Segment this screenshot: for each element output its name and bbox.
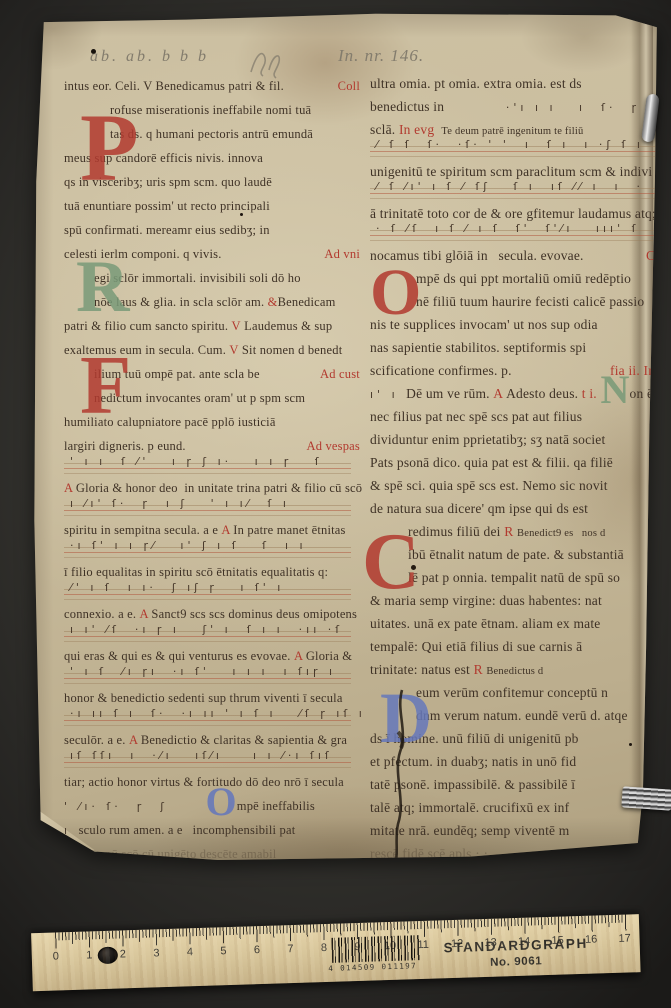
text-line: dividuntur enim pprietatibʒ; sʒ natā soc… — [370, 428, 670, 451]
illuminated-initial-P: P — [80, 100, 139, 196]
body-text: redimus filiū dei — [408, 520, 504, 543]
body-text: lē pat p onnia. tempalit natū de spū so — [408, 566, 620, 589]
body-text: Laudemus & sup — [241, 314, 333, 338]
body-text: spū confirmati. mereamr eius sedibʒ; in — [64, 218, 270, 242]
rubric-text: Ad cust — [320, 362, 360, 386]
neume-glyphs: · ſ ⁄ſ ı ſ ⁄ ı ſ ſ' ſ'⁄ı ııı' ſ ı — [376, 222, 662, 235]
barcode — [331, 935, 420, 963]
neume-glyphs: ·ı ſ' ı ı ɼ⁄ ı' ʃ ı ſ ſ ı ı — [70, 539, 307, 552]
text-line: spū confirmati. mereamr eius sedibʒ; in — [64, 218, 360, 242]
illuminated-initial-C: C — [362, 522, 420, 602]
body-text: on ē pat fil — [630, 382, 671, 405]
neume-glyphs: ' ı ı ſ ⁄' ı ɼ ʃ ı· ı ı ɼ ſ — [70, 455, 323, 468]
neume-line: · ſ ⁄ſ ı ſ ⁄ ı ſ ſ' ſ'⁄ı ııı' ſ ı — [370, 225, 670, 244]
body-text: eum verūm confitemur conceptū n — [416, 681, 608, 704]
rubric-text: t i. — [582, 382, 601, 405]
neume-line: ·ı ſ' ı ı ɼ⁄ ı' ʃ ı ſ ſ ı ı — [64, 542, 360, 560]
ruler-number: 5 — [220, 945, 226, 957]
ruler-number: 8 — [321, 942, 327, 954]
text-line: Pats psonā dico. quia pat est & filii. q… — [370, 451, 670, 474]
body-text: benedictus in — [370, 95, 444, 118]
body-text: Pats psonā dico. quia pat est & filii. q… — [370, 451, 613, 474]
text-line: & spē sci. quia spē scs est. Nemo sic no… — [370, 474, 670, 497]
neume-line: ı ı' ⁄ſ ·ı ɼ ı ʃ' ı ſ ı ı ·ıı ·ſ — [64, 626, 360, 644]
neume-glyphs: ⁄ ſ ⁄ı' ı ſ ⁄ ſʃ ſ ı ıſ ⁄⁄ ı ı · ſſ· ſ· … — [376, 180, 671, 193]
illuminated-initial-D: D — [380, 682, 432, 754]
manuscript-photo: ab. ab. b b b In. nr. 146. intus eor. Ce… — [0, 0, 671, 1008]
left-column: intus eor. Celi. V Benedicamus patri & f… — [64, 74, 360, 866]
body-text: rofuse miserationis ineffabile nomi tuā — [110, 98, 311, 122]
text-line: benedictus in·'ı ı ı ı ſ· ɼ - ı — [370, 95, 670, 118]
pencil-inscriptions: ab. ab. b b b In. nr. 146. — [88, 42, 568, 76]
metal-clip-bottom-right — [621, 786, 671, 810]
illuminated-initial-O: O — [370, 260, 421, 326]
pen-trials: ab. ab. b b b — [90, 48, 209, 66]
ruler-number: 1 — [86, 949, 92, 961]
ruler-model-number: No. 9061 — [436, 954, 596, 971]
neume-glyphs: ·ı ıı ſ ı ſ· ·ı ıı ' ı ſ ı ⁄ſ ɼ ıſ ı — [70, 707, 366, 720]
body-text: dividuntur enim pprietatibʒ; sʒ natā soc… — [370, 428, 605, 451]
body-text: Benedict9 es nos d — [517, 522, 608, 545]
body-text: rescē fidē scē apls · · — [370, 842, 488, 865]
neume-line: ⁄ ſ ⁄ı' ı ſ ⁄ ſʃ ſ ı ıſ ⁄⁄ ı ı · ſſ· ſ· … — [370, 183, 670, 202]
body-text: Benedictus d — [486, 660, 546, 683]
neume-line: ı ⁄ı' ſ· ɼ ı ʃ ' ı ı⁄ ſ ı — [64, 500, 360, 518]
rubric-text: V — [229, 338, 238, 362]
body-text: tatē psonē. impassibilē. & passibilē ī — [370, 773, 575, 796]
neume-line: ⁄ ſ ſ ſ· ·ſ· ' ' ı ſ ı ı ·ʃ ſ ı ·ſ' ı ı … — [370, 141, 670, 160]
ruler-number: 4 — [187, 946, 193, 958]
barcode-digits: 4 014509 011197 — [328, 961, 428, 973]
body-text: dnm verum natum. eundē verū d. atqe — [416, 704, 628, 727]
right-column: ultra omia. pt omia. extra omia. est dsb… — [370, 72, 670, 865]
rubric-text: R — [504, 520, 517, 543]
body-text: de natura sua dicere' qm ipse qui ds est — [370, 497, 588, 520]
ruler-hanging-hole — [98, 947, 119, 965]
body-text: tiar; actio honor virtus & fortitudo dō … — [64, 770, 344, 794]
measuring-ruler: 01234567891011121314151617 4 014509 0111… — [31, 914, 641, 991]
neume-glyphs: ⁄ ſ ſ ſ· ·ſ· ' ' ı ſ ı ı ·ʃ ſ ı ·ſ' ı ı … — [376, 138, 671, 151]
body-text: & spē sci. quia spē scs est. Nemo sic no… — [370, 474, 608, 497]
neume-glyphs: ⁄' ı ſ ı ı· ʃ ıʃ ɼ ı ſ' ı — [70, 581, 284, 594]
rubric-text: R — [474, 658, 487, 681]
body-text: ibū ētnalit natum de pate. & substantiā — [408, 543, 624, 566]
text-line: ı' ı Dē um ve rūm. A Adesto deus. t i. N… — [370, 382, 670, 405]
ruler-number: 6 — [254, 944, 260, 956]
body-text: ı — [64, 819, 79, 843]
body-text: Benedicam — [278, 290, 336, 314]
text-line: de natura sua dicere' qm ipse qui ds est — [370, 497, 670, 520]
text-line: cū scō spū scō cū unigēto descēte amabil — [64, 842, 360, 866]
ruler-number: 0 — [53, 950, 59, 962]
text-line: uitates. unā ex pate ētnam. aliam ex mat… — [370, 612, 670, 635]
body-text: nec filius pat nec spē scs pat aut filiu… — [370, 405, 582, 428]
text-line: mitate nrā. eundēq; semp viventē m — [370, 819, 670, 842]
body-text: tempalē: Qui etiā filius di sue carnis ā — [370, 635, 582, 658]
body-text: Adesto deus. — [506, 382, 582, 405]
body-text: uitates. unā ex pate ētnam. aliam ex mat… — [370, 612, 600, 635]
rubric-text: V — [232, 314, 241, 338]
text-line: ultra omia. pt omia. extra omia. est ds — [370, 72, 670, 95]
ruler-number: 17 — [618, 932, 631, 944]
neume-line: ·ı ıı ſ ı ſ· ·ı ıı ' ı ſ ı ⁄ſ ɼ ıſ ı — [64, 710, 360, 728]
rubric-text: Ad vni — [324, 242, 360, 266]
body-text: tas ds. q humani pectoris antrū emundā — [110, 122, 313, 146]
text-line: nas sapientie stabilitos. septiformis sp… — [370, 336, 670, 359]
rubric-text: A — [493, 382, 506, 405]
neume-line: ' ı ſ ⁄ı ɼı ·ı ſ' ı ı ı ı ſıɼ ı — [64, 668, 360, 686]
body-text: nē filiū tuum haurire fecisti calicē pas… — [416, 290, 644, 313]
ruler-number: 3 — [153, 947, 159, 959]
neume-glyphs: ı ⁄ı' ſ· ɼ ı ʃ ' ı ı⁄ ſ ı — [70, 497, 290, 510]
body-text: cū scō spū scō cū unigēto descēte amabil — [64, 842, 276, 866]
neume-line: ıſ ſſı ı ·⁄ı ıſ⁄ı ı ı ⁄·ı ſıſ — [64, 752, 360, 770]
body-text: talē atq; immortalē. crucifixū ex inf — [370, 796, 569, 819]
rubric-text: Coll — [646, 244, 670, 267]
neume-line: ' ı ı ſ ⁄' ı ɼ ʃ ı· ı ı ɼ ſ — [64, 458, 360, 476]
neume-glyphs: ı ı' ⁄ſ ·ı ɼ ı ʃ' ı ſ ı ı ·ıı ·ſ — [70, 623, 343, 636]
rubric-text: Coll — [338, 74, 360, 98]
body-text: ı' ı — [370, 383, 406, 406]
body-text: mpē ds qui ppt mortaliū omiū redēptio — [416, 267, 631, 290]
body-text: nas sapientie stabilitos. septiformis sp… — [370, 336, 586, 359]
illuminated-initial-F: F — [80, 344, 131, 428]
rubric-text: l iii — [651, 658, 670, 681]
shelfmark-number: In. nr. 146. — [338, 46, 424, 66]
body-text: sculo rum amen. a e — [79, 818, 193, 842]
neume-line: ⁄' ı ſ ı ı· ʃ ıʃ ɼ ı ſ' ı — [64, 584, 360, 602]
body-text: ultra omia. pt omia. extra omia. est ds — [370, 72, 582, 95]
neume-glyphs: ıſ ſſı ı ·⁄ı ıſ⁄ı ı ı ⁄·ı ſıſ — [70, 749, 333, 762]
body-text: Sit nomen d benedt — [239, 338, 343, 362]
text-line: rescē fidē scē apls · · — [370, 842, 670, 865]
neume-glyphs: ' ı ſ ⁄ı ɼı ·ı ſ' ı ı ı ı ſıɼ ı — [70, 665, 336, 678]
rubric-text: Ev — [655, 520, 670, 543]
body-text: mitate nrā. eundēq; semp viventē m — [370, 819, 570, 842]
illuminated-initial-R: R — [76, 250, 129, 324]
body-text: ' ⁄ı· ſ· ɼ ʃ — [64, 795, 205, 819]
ruler-number: 7 — [287, 943, 293, 955]
text-line: tempalē: Qui etiā filius di sue carnis ā — [370, 635, 670, 658]
body-text: Dē um ve rūm. — [406, 382, 493, 405]
text-line: ' ⁄ı· ſ· ɼ ʃ Ompē ineffabilis — [64, 794, 360, 818]
body-text: scificatione confirmes. p. — [370, 359, 515, 382]
rubric-text: & — [268, 290, 278, 314]
ruler-number: 2 — [120, 948, 126, 960]
body-text: mpē ineffabilis — [237, 794, 315, 818]
